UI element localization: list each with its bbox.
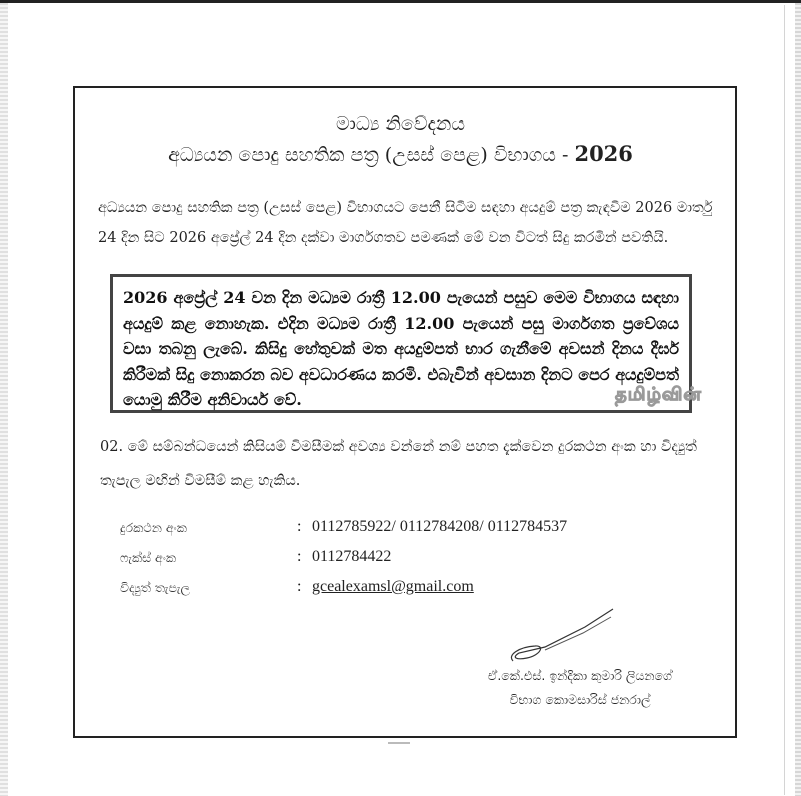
signer-name: ඒ.කේ.එස්. ඉන්දිකා කුමාරි ලියනගේ: [410, 664, 750, 688]
intro-paragraph: අධ්‍යයන පොදු සහතික පත්‍ර (උසස් පෙළ) විභා…: [98, 193, 728, 253]
contact-separator: :: [297, 578, 301, 596]
scan-mark: [388, 742, 410, 744]
contact-label: දුරකථන අංක: [120, 520, 290, 536]
contact-intro-paragraph: 02. මේ සම්බන්ධයෙන් කිසියම් විමසීමක් අවශ්…: [100, 430, 740, 498]
document-subtitle: අධ්‍යයන පොදු සහතික පත්‍ර (උසස් පෙළ) විභා…: [0, 141, 801, 166]
signer-block: ඒ.කේ.එස්. ඉන්දිකා කුමාරි ලියනගේ විභාග කො…: [410, 664, 750, 712]
subtitle-year: 2026: [574, 141, 632, 166]
watermark: தமிழ்வின்: [615, 384, 702, 407]
contact-separator: :: [297, 548, 301, 566]
subtitle-text: අධ්‍යයන පොදු සහතික පත්‍ර (උසස් පෙළ) විභා…: [168, 144, 568, 166]
document-title: මාධ්‍ය නිවේදනය: [0, 113, 801, 135]
contact-label: ෆැක්ස් අංක: [120, 550, 290, 566]
scan-top-edge: [0, 0, 801, 3]
signer-title: විභාග කොමසාරිස් ජනරාල්: [410, 688, 750, 712]
phone-numbers: 0112785922/ 0112784208/ 0112784537: [312, 518, 567, 536]
signature-icon: [505, 603, 615, 665]
contact-separator: :: [297, 518, 301, 536]
contact-label: විද්‍යුත් තැපැල: [120, 580, 290, 596]
fax-number: 0112784422: [312, 548, 391, 566]
email-link[interactable]: gcealexamsl@gmail.com: [312, 578, 474, 596]
deadline-notice-box: 2026 අප්‍රේල් 24 වන දින මධ්‍යම රාත්‍රී 1…: [110, 274, 692, 413]
